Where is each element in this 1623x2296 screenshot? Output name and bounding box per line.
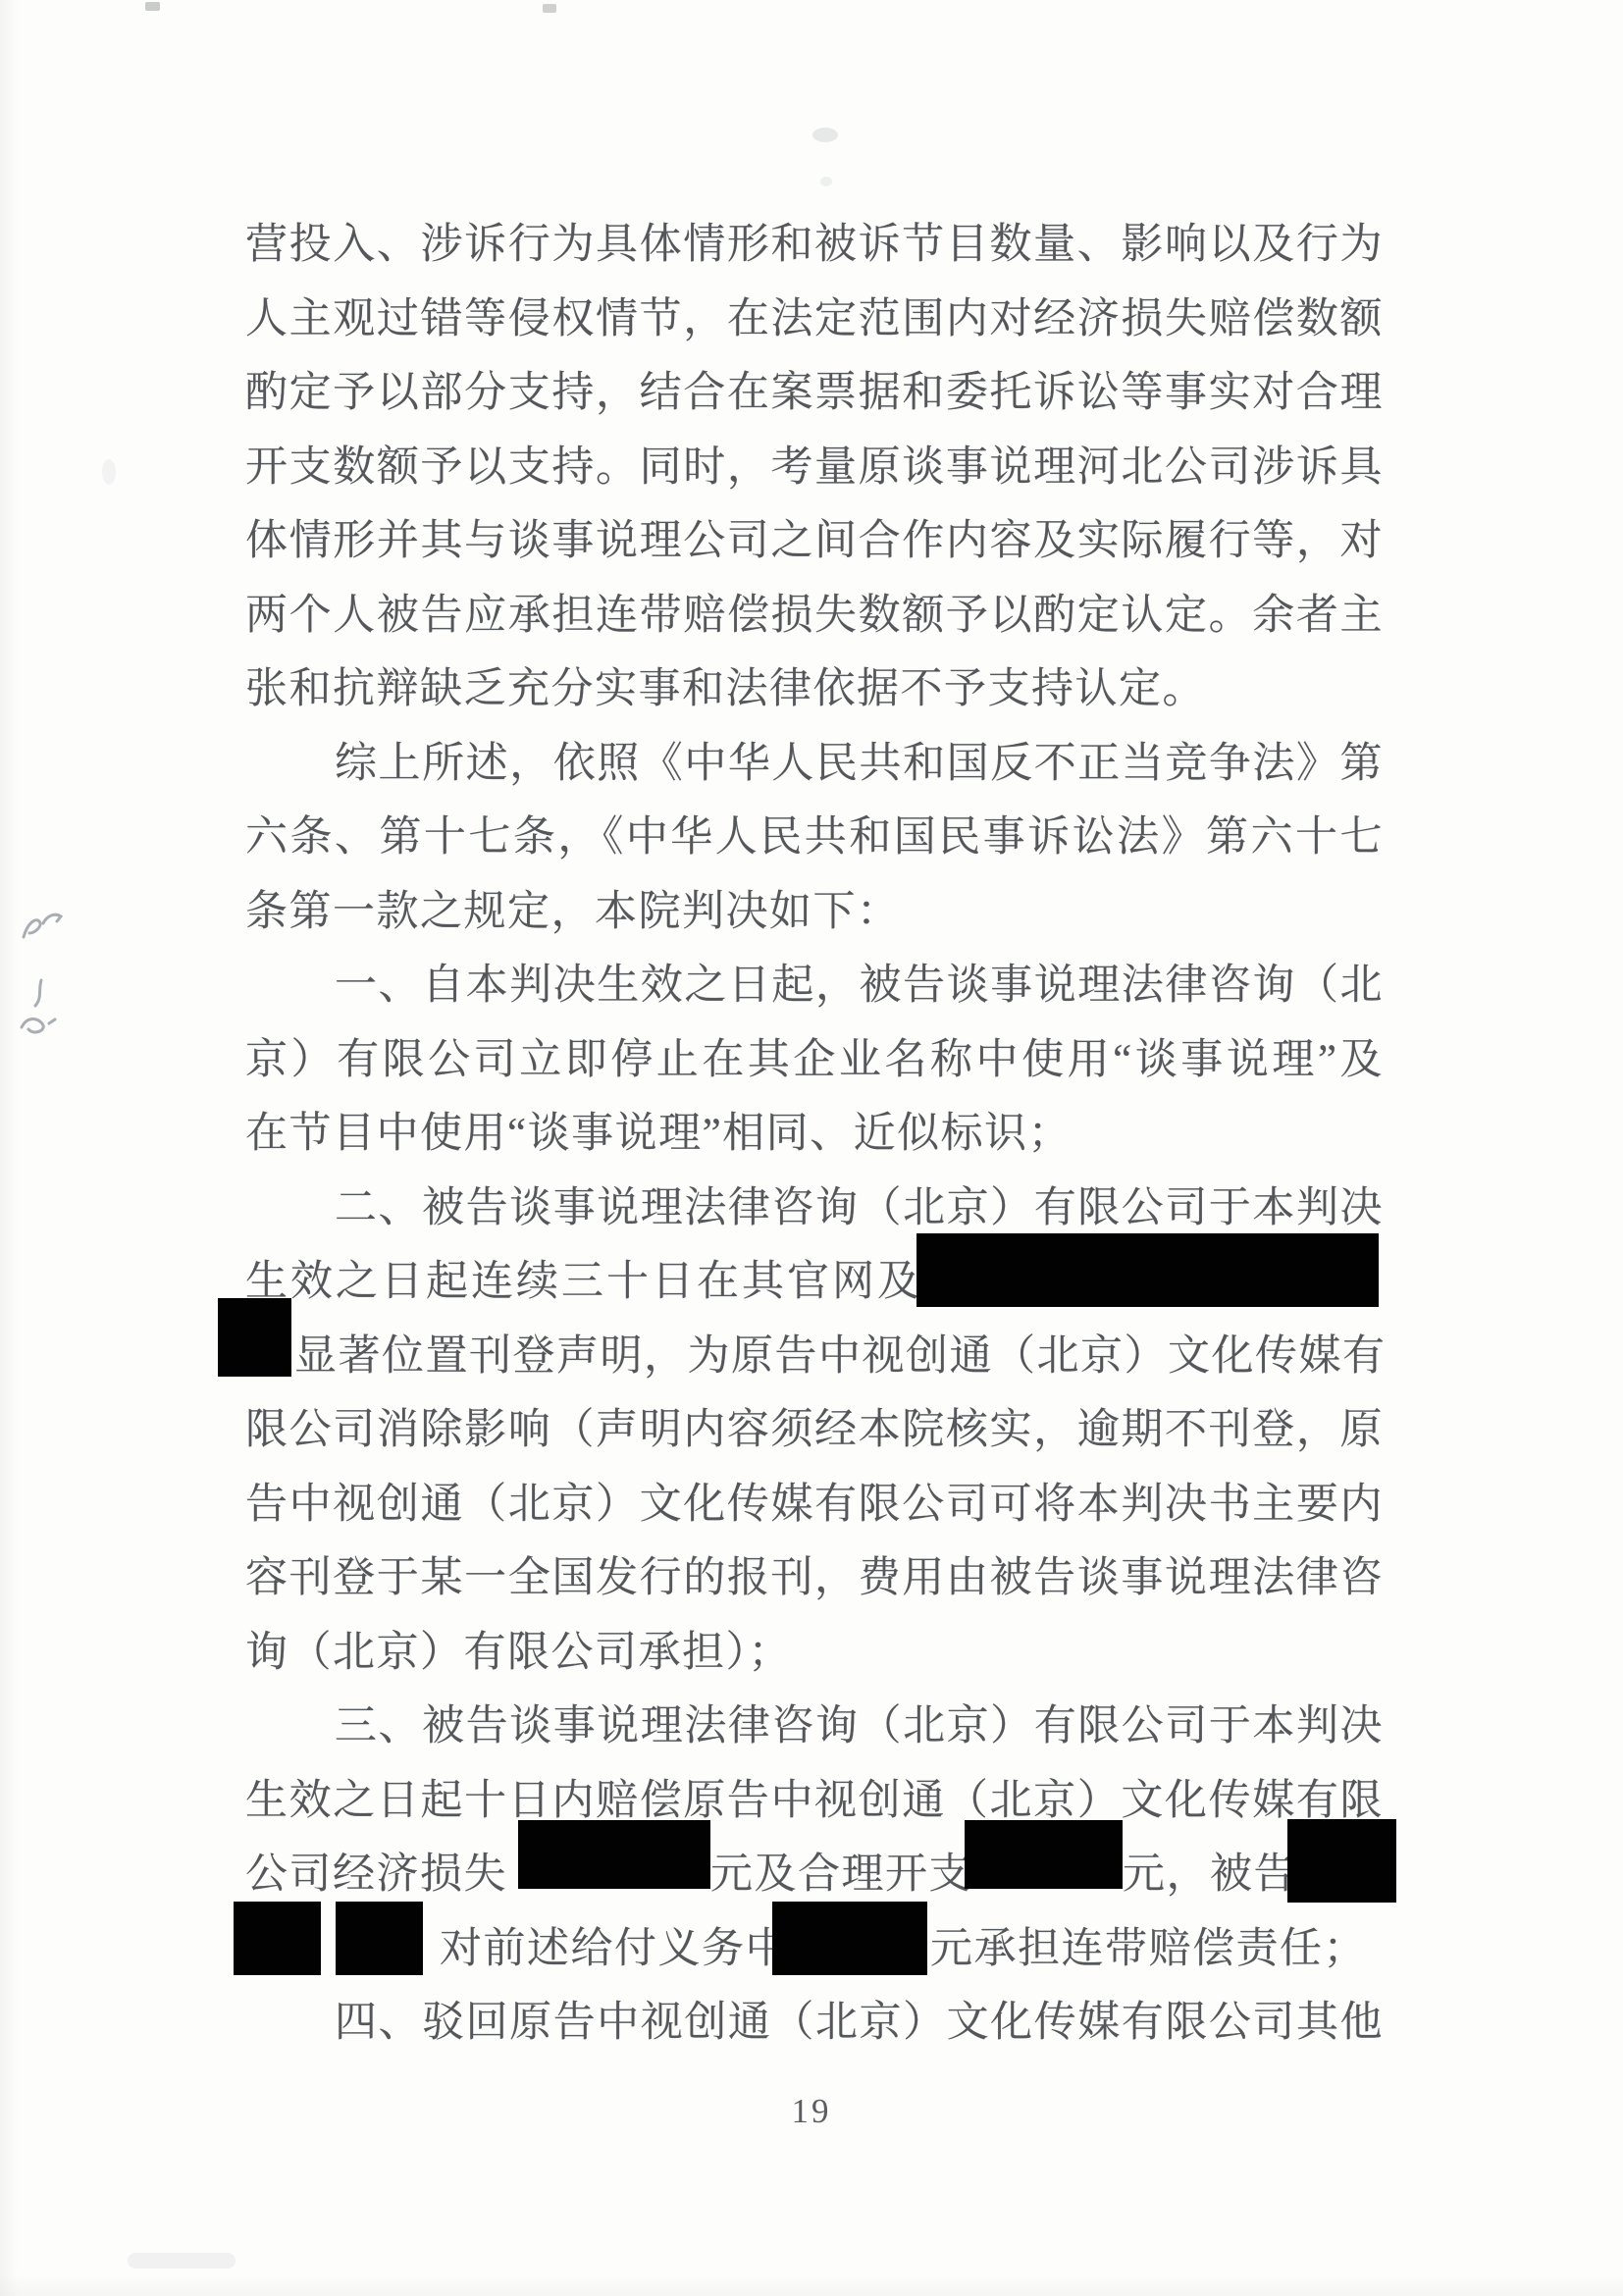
scan-speck xyxy=(543,4,556,13)
text-run: 对前述给付义务中 xyxy=(440,1925,789,1974)
text-line: 询（北京）有限公司承担）； xyxy=(245,1629,1384,1680)
redaction-box xyxy=(336,1902,423,1975)
text-line-item-3: 三、被告谈事说理法律咨询（北京）有限公司于本判决 xyxy=(245,1702,1384,1753)
text-run: 生效之日起连续三十日在其官网及 xyxy=(245,1258,922,1307)
text-run: 元，被告 xyxy=(1123,1851,1297,1900)
text-line: 开支数额予以支持。同时，考量原谈事说理河北公司涉诉具 xyxy=(245,444,1384,495)
text-line: 生效之日起十日内赔偿原告中视创通（北京）文化传媒有限 xyxy=(245,1777,1384,1828)
text-line: 营投入、涉诉行为具体情形和被诉节目数量、影响以及行为 xyxy=(245,221,1384,272)
text-line: 六条、第十七条，《中华人民共和国民事诉讼法》第六十七 xyxy=(245,813,1384,864)
text-line-with-redaction: 显著位置刊登声明，为原告中视创通（北京）文化传媒有 xyxy=(245,1332,1384,1383)
judgment-text-block: 营投入、涉诉行为具体情形和被诉节目数量、影响以及行为 人主观过错等侵权情节，在法… xyxy=(0,0,1623,2296)
text-line-item-4: 四、驳回原告中视创通（北京）文化传媒有限公司其他 xyxy=(245,1999,1384,2050)
redaction-box xyxy=(916,1233,1379,1307)
text-line: 条第一款之规定，本院判决如下： xyxy=(245,888,1384,939)
redaction-box xyxy=(218,1298,291,1377)
text-line: 告中视创通（北京）文化传媒有限公司可将本判决书主要内 xyxy=(245,1481,1384,1532)
text-line: 人主观过错等侵权情节，在法定范围内对经济损失赔偿数额 xyxy=(245,295,1384,346)
redaction-box xyxy=(234,1902,321,1975)
scan-shadow xyxy=(128,2253,236,2269)
pen-scribble-mark xyxy=(20,908,67,949)
scanned-judgment-page: 营投入、涉诉行为具体情形和被诉节目数量、影响以及行为 人主观过错等侵权情节，在法… xyxy=(0,0,1623,2296)
text-line-with-redaction: 生效之日起连续三十日在其官网及 xyxy=(245,1258,1384,1309)
eraser-smudge xyxy=(820,177,832,186)
scan-shadow xyxy=(102,459,116,485)
redaction-box xyxy=(965,1820,1123,1889)
pen-scribble-mark xyxy=(16,976,63,1037)
text-line-with-redaction: 公司经济损失 元及合理开支 元，被告 xyxy=(245,1851,1384,1902)
redaction-box xyxy=(518,1820,710,1889)
redaction-box xyxy=(1287,1819,1396,1903)
page-number: 19 xyxy=(0,2092,1623,2131)
text-run: 显著位置刊登声明，为原告中视创通（北京）文化传媒有 xyxy=(294,1333,1387,1380)
text-run: 元及合理开支 xyxy=(710,1851,972,1900)
text-line: 京）有限公司立即停止在其企业名称中使用“谈事说理”及 xyxy=(245,1036,1384,1087)
text-line-with-redaction: 对前述给付义务中 元承担连带赔偿责任； xyxy=(245,1925,1384,1976)
text-line: 限公司消除影响（声明内容须经本院核实，逾期不刊登，原 xyxy=(245,1406,1384,1457)
text-run: 公司经济损失 xyxy=(245,1851,507,1900)
text-run: 元承担连带赔偿责任； xyxy=(930,1925,1367,1974)
text-line: 在节目中使用“谈事说理”相同、近似标识； xyxy=(245,1110,1384,1161)
text-line: 酌定予以部分支持，结合在案票据和委托诉讼等事实对合理 xyxy=(245,369,1384,420)
text-line-item-2: 二、被告谈事说理法律咨询（北京）有限公司于本判决 xyxy=(245,1184,1384,1235)
text-line: 综上所述，依照《中华人民共和国反不正当竞争法》第 xyxy=(245,740,1384,791)
text-line: 张和抗辩缺乏充分实事和法律依据不予支持认定。 xyxy=(245,665,1384,716)
eraser-smudge xyxy=(812,128,838,142)
redaction-box xyxy=(772,1902,927,1975)
scan-speck xyxy=(145,2,160,11)
text-line: 两个人被告应承担连带赔偿损失数额予以酌定认定。余者主 xyxy=(245,592,1384,643)
text-line-item-1: 一、自本判决生效之日起，被告谈事说理法律咨询（北 xyxy=(245,962,1384,1013)
text-line: 容刊登于某一全国发行的报刊，费用由被告谈事说理法律咨 xyxy=(245,1554,1384,1605)
text-line: 体情形并其与谈事说理公司之间合作内容及实际履行等，对 xyxy=(245,517,1384,568)
